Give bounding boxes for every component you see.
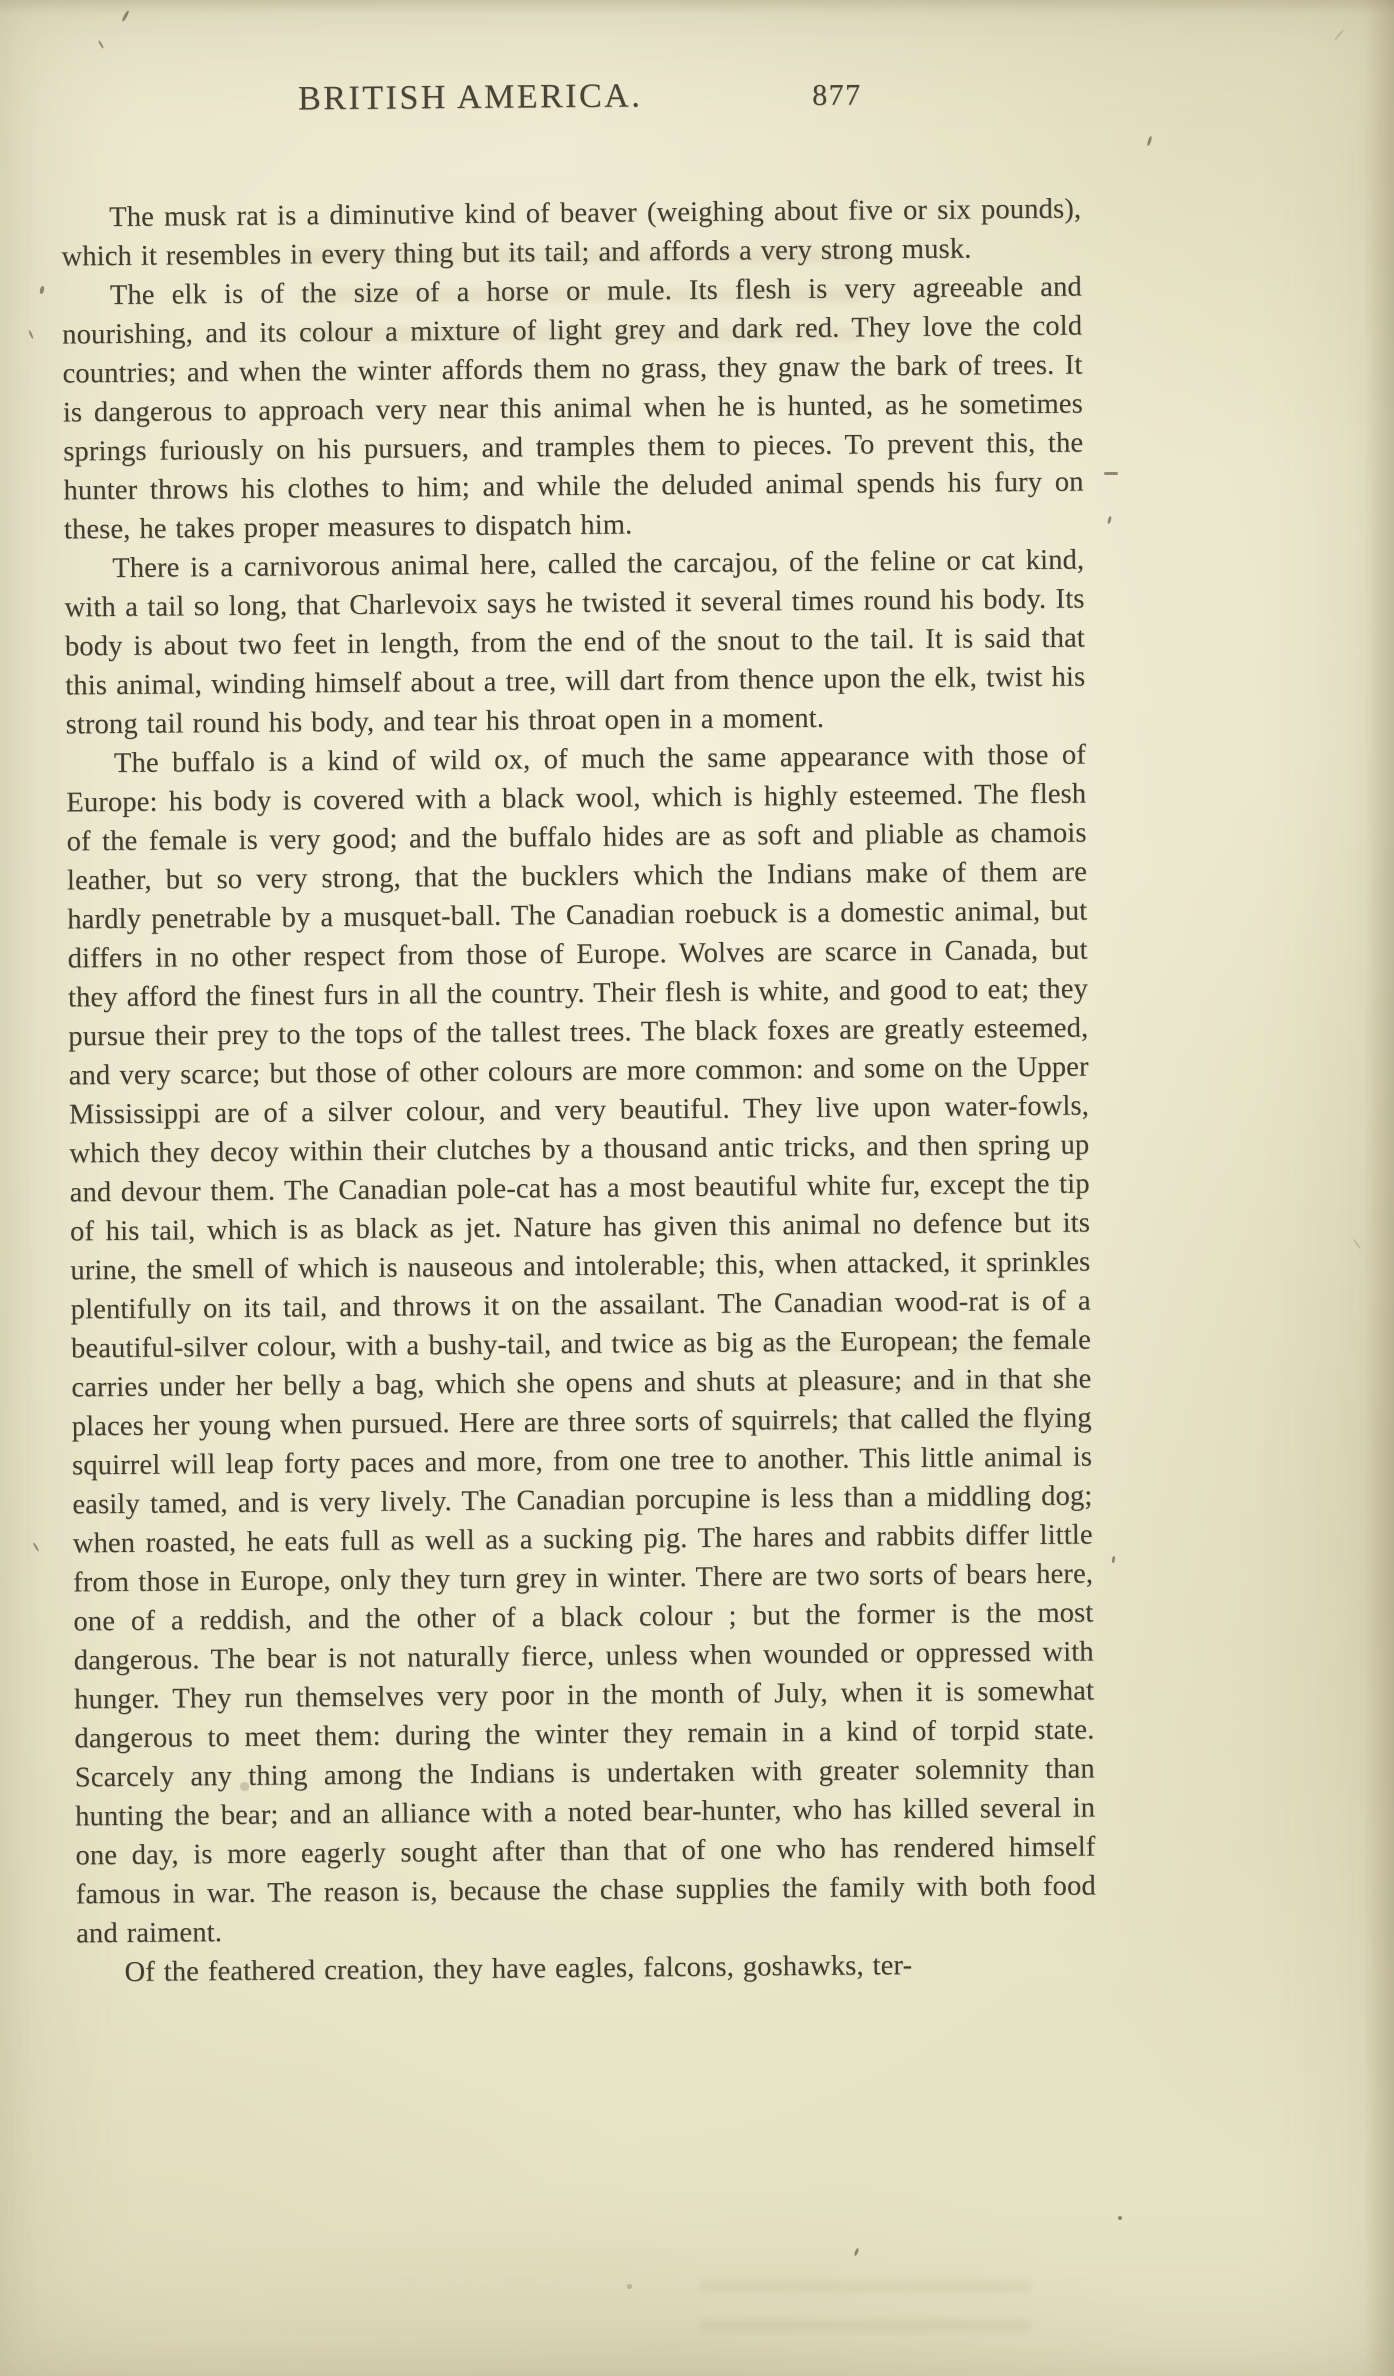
paragraph-musk-rat: The musk rat is a diminutive kind of bea… [61, 190, 1082, 277]
paragraph-feathered-creation: Of the feathered creation, they have eag… [76, 1944, 1096, 1992]
running-header: BRITISH AMERICA. 877 [60, 74, 1080, 125]
ink-speck [1334, 29, 1345, 41]
paragraph-buffalo-and-other-animals: The buffalo is a kind of wild ox, of muc… [66, 736, 1097, 1954]
text-block: BRITISH AMERICA. 877 The musk rat is a d… [60, 74, 1097, 1993]
ink-speck [1353, 1239, 1362, 1250]
page-number: 877 [812, 78, 862, 112]
ink-speck [39, 286, 45, 295]
ink-speck [28, 330, 34, 339]
ink-speck [98, 40, 104, 49]
paragraph-carcajou: There is a carnivorous animal here, call… [64, 541, 1086, 745]
ink-show-through [700, 2280, 1030, 2340]
ink-speck [627, 2284, 632, 2289]
ink-speck [854, 2248, 860, 2257]
ink-speck [1111, 1556, 1115, 1563]
page-right-edge [1364, 0, 1394, 2376]
ink-speck [1104, 472, 1118, 475]
page-title: BRITISH AMERICA. [60, 75, 880, 120]
page-top-shadow [0, 0, 1394, 14]
ink-speck [1147, 136, 1153, 146]
ink-speck [33, 1542, 40, 1552]
ink-speck [1107, 516, 1112, 525]
scanned-book-page: { "document": { "header": { "title": "BR… [0, 0, 1394, 2376]
ink-speck [1118, 2216, 1122, 2220]
paragraph-elk: The elk is of the size of a horse or mul… [62, 268, 1084, 550]
